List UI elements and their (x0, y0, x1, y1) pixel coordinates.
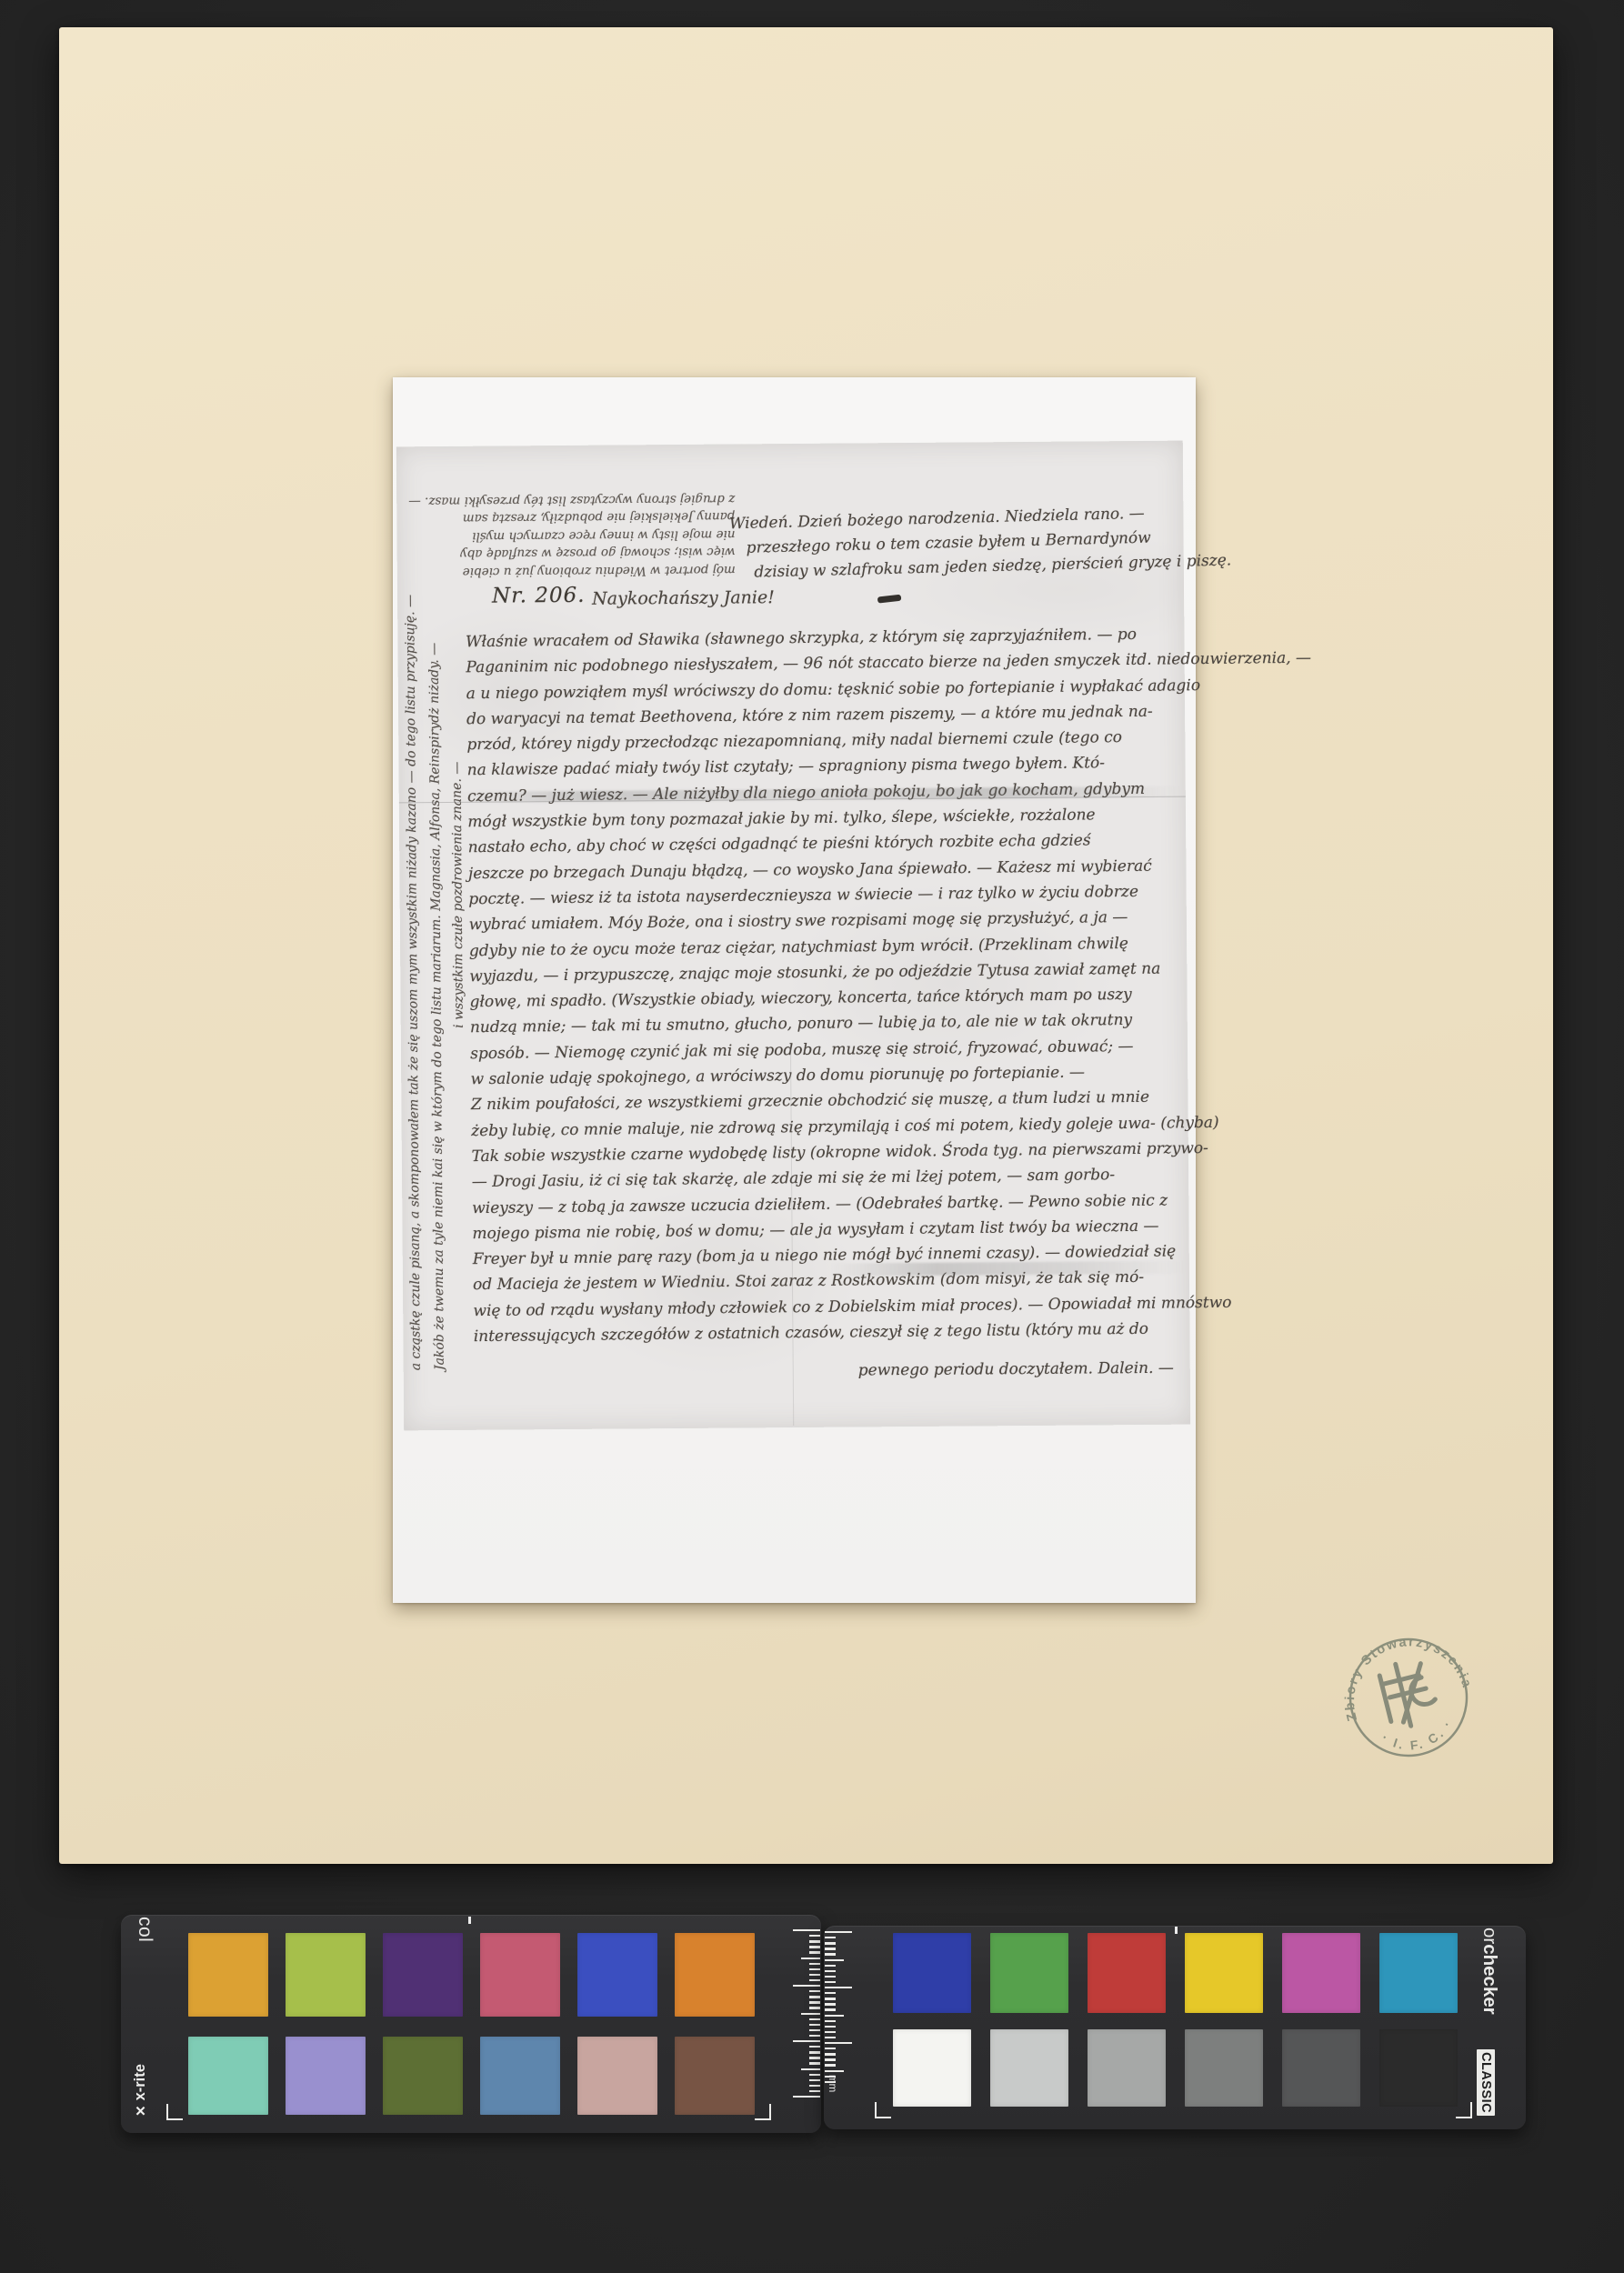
inverted-note-line-4: panny Jekielskiej nie pobudziły, zresztą… (415, 507, 735, 527)
ink-dash (877, 595, 902, 604)
mat-board: mój portret w Wiedniu zrobiony już u cie… (59, 27, 1553, 1864)
ruler-tick (825, 2026, 836, 2028)
ruler-tick (809, 2062, 820, 2064)
ruler-tick (825, 1942, 836, 1944)
ruler-tick (809, 2035, 820, 2037)
ruler-tick (825, 2042, 852, 2044)
ruler-tick (809, 1979, 820, 1981)
ruler-tick (825, 1953, 836, 1955)
ruler-tick (825, 2020, 836, 2022)
ruler-left (121, 1915, 821, 2133)
ruler-tick (809, 1963, 820, 1965)
inverted-note-line-5: z drugiej strony wyczytasz list téy prze… (415, 489, 735, 509)
ruler-tick (809, 2018, 820, 2020)
brand-fragment-bold: checker (1479, 1944, 1500, 2015)
ruler-tick (825, 2015, 844, 2017)
inverted-note-line-1: mój portret w Wiedniu zrobiony już u cie… (416, 560, 736, 580)
ruler-tick (809, 2007, 820, 2008)
ruler-tick (801, 1958, 820, 1959)
ruler-tick (825, 1992, 836, 1994)
inverted-note-line-2: więc wisi; schowaj go proszę w szufladę … (416, 543, 736, 563)
salutation: Naykochańszy Janie! (592, 587, 775, 609)
ruler-tick (793, 2096, 820, 2098)
inverted-note-line-3: nie moje listy w inney ręce czarnych myś… (415, 525, 735, 545)
crop-mark (755, 2104, 771, 2120)
closing-line: pewnego periodu doczytałem. Dalein. — (858, 1359, 1174, 1380)
ifc-monogram-icon (1378, 1657, 1439, 1730)
ruler-tick (793, 1929, 820, 1931)
ruler-tick (809, 2001, 820, 2003)
ruler-tick (825, 2037, 836, 2038)
ruler-tick (825, 1931, 852, 1933)
ruler-tick (825, 2031, 836, 2033)
ruler-tick (809, 2046, 820, 2048)
ruler-tick (809, 1996, 820, 1998)
ruler-tick (825, 2070, 844, 2072)
center-tick (1175, 1927, 1178, 1934)
ruler-right (824, 1926, 1526, 2129)
ruler-tick (825, 1965, 836, 1967)
ruler-tick (825, 2058, 836, 2060)
ruler-tick (825, 1987, 852, 1988)
letter-body: Właśnie wracałem od Sławika (sławnego sk… (466, 625, 1201, 1353)
ruler-tick (825, 1948, 836, 1949)
classic-label: CLASSIC (1477, 2049, 1495, 2116)
ruler-tick (809, 1935, 820, 1937)
colorchecker-brand-fragment: orchecker (1479, 1928, 1500, 2015)
ruler-tick (825, 2003, 836, 2005)
manuscript-page: mój portret w Wiedniu zrobiony już u cie… (396, 441, 1190, 1431)
ruler-tick (809, 1951, 820, 1953)
mm-label: mm (827, 2075, 837, 2092)
colorchecker-right-card: mm orchecker CLASSIC (824, 1926, 1526, 2129)
ruler-tick (825, 1937, 836, 1938)
ruler-tick (825, 1998, 836, 1999)
ruler-tick (809, 2079, 820, 2081)
date-block: Wiedeń. Dzień bożego narodzenia. Niedzie… (729, 499, 1232, 586)
colorchecker-left-card: col ✕ x-rite (121, 1915, 821, 2133)
ruler-tick (809, 1990, 820, 1992)
ruler-tick (809, 2074, 820, 2076)
ruler-tick (825, 2048, 836, 2049)
stamp-arc-text-top: Zbiory Stowarzyszenia (1329, 1621, 1476, 1723)
ruler-tick (809, 2029, 820, 2031)
ruler-tick (801, 2013, 820, 2015)
ruler-tick (809, 1946, 820, 1948)
crop-mark (875, 2102, 891, 2118)
archive-number: Nr. 206. (492, 584, 586, 608)
ruler-tick (809, 1940, 820, 1942)
ruler-tick (825, 2064, 836, 2066)
ruler-tick (809, 2057, 820, 2058)
archival-photo-scene: mój portret w Wiedniu zrobiony już u cie… (0, 0, 1624, 2273)
crop-mark (1456, 2102, 1472, 2118)
ruler-tick (825, 1981, 836, 1983)
brand-fragment-light: or (1479, 1928, 1500, 1944)
ruler-tick (809, 1968, 820, 1970)
ruler-tick (809, 2090, 820, 2092)
ruler-tick (809, 2024, 820, 2026)
ruler-tick (809, 1974, 820, 1976)
margin-note-vertical: a cząstkę czule pisaną, a skomponowałem … (403, 595, 424, 1370)
svg-text:Zbiory Stowarzyszenia: Zbiory Stowarzyszenia (1329, 1621, 1476, 1723)
ruler-tick (825, 1959, 844, 1961)
ruler-tick (809, 2085, 820, 2087)
ruler-tick (809, 2051, 820, 2053)
ruler-tick (801, 2068, 820, 2070)
ruler-tick (793, 1985, 820, 1987)
ruler-tick (825, 2008, 836, 2010)
ruler-tick (825, 1976, 836, 1978)
collection-stamp: Zbiory Stowarzyszenia · I. F. C. · (1326, 1615, 1491, 1780)
center-tick (468, 1917, 471, 1924)
margin-note-vertical: Jakób że twemu za tyle niemi kai się w k… (426, 643, 446, 1370)
ruler-tick (825, 1970, 836, 1972)
ruler-tick (825, 2053, 836, 2055)
crop-mark (166, 2104, 183, 2120)
inverted-note-block: mój portret w Wiedniu zrobiony już u cie… (415, 489, 736, 580)
collection-stamp-graphic: Zbiory Stowarzyszenia · I. F. C. · (1326, 1615, 1491, 1780)
ruler-tick (793, 2040, 820, 2042)
letter-photograph: mój portret w Wiedniu zrobiony już u cie… (393, 377, 1196, 1603)
